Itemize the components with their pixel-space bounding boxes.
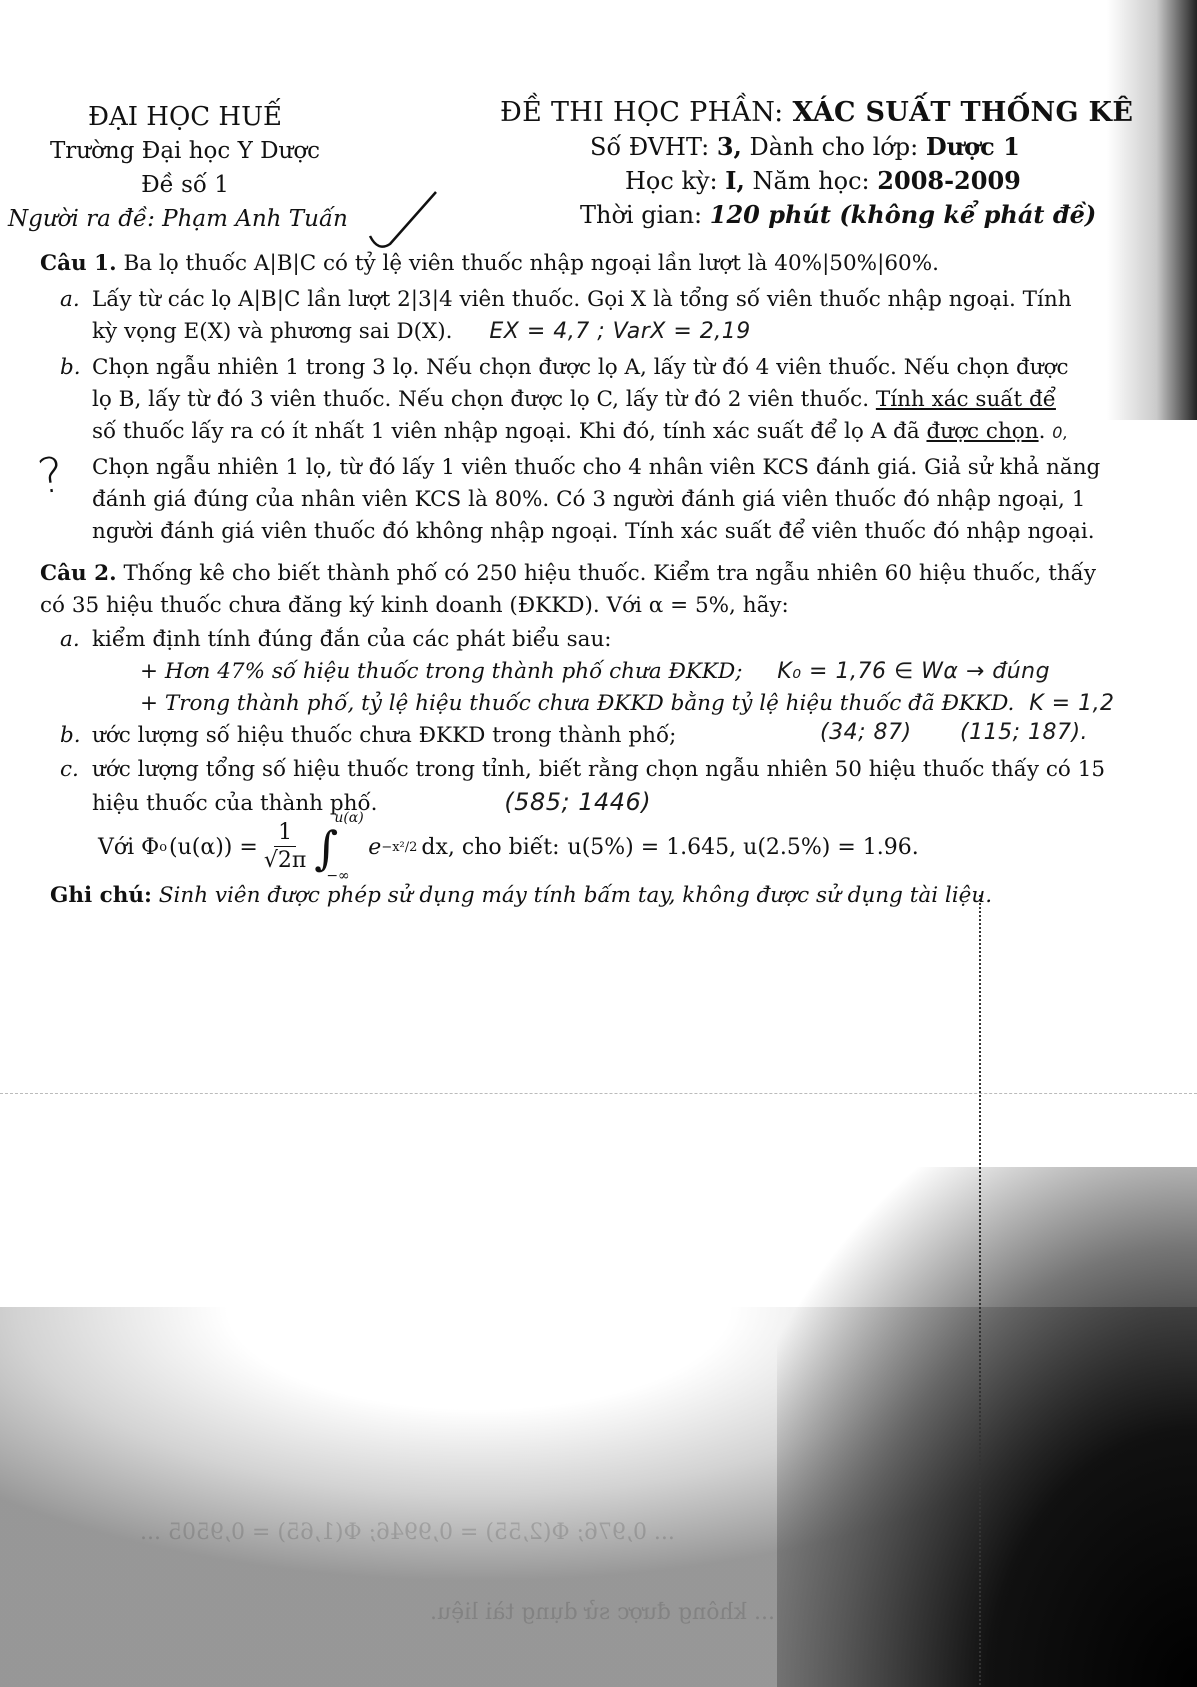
underlined-text: Tính xác suất để — [876, 387, 1056, 412]
handwritten-mark: 0, — [1052, 423, 1068, 442]
question-1c-line3: người đánh giá viên thuốc đó không nhập … — [92, 516, 1095, 548]
question-2-stem-line2: có 35 hiệu thuốc chưa đăng ký kinh doanh… — [40, 590, 789, 622]
school-name: Trường Đại học Y Dược — [20, 134, 350, 168]
question-1b-line2: lọ B, lấy từ đó 3 viên thuốc. Nếu chọn đ… — [92, 384, 1056, 416]
question-2a-statement-1: + Hơn 47% số hiệu thuốc trong thành phố … — [140, 656, 1050, 688]
handwritten-answer: EX = 4,7 ; VarX = 2,19 — [489, 319, 750, 344]
question-2a: a.kiểm định tính đúng đắn của các phát b… — [60, 624, 612, 656]
exam-duration: 120 phút (không kể phát đề) — [710, 200, 1096, 229]
handwritten-question-mark: ? — [34, 446, 67, 505]
header-left: ĐẠI HỌC HUẾ Trường Đại học Y Dược Đề số … — [20, 100, 350, 236]
handwritten-answer: (115; 187). — [960, 720, 1088, 745]
question-1c: Chọn ngẫu nhiên 1 lọ, từ đó lấy 1 viên t… — [92, 452, 1100, 484]
question-2-stem: Câu 2. Thống kê cho biết thành phố có 25… — [40, 558, 1096, 590]
exam-author: Người ra đề: Phạm Anh Tuấn — [8, 202, 350, 236]
question-1b-line3: số thuốc lấy ra có ít nhất 1 viên nhập n… — [92, 416, 1069, 449]
question-1-stem: Câu 1. Ba lọ thuốc A|B|C có tỷ lệ viên t… — [40, 248, 939, 280]
exam-note: Ghi chú: Sinh viên được phép sử dụng máy… — [50, 880, 992, 912]
credits-class-line: Số ĐVHT: 3, Dành cho lớp: Dược 1 — [500, 130, 1133, 164]
fraction: 1 √2π — [264, 820, 306, 875]
header-right: ĐỀ THI HỌC PHẦN: XÁC SUẤT THỐNG KÊ Số ĐV… — [500, 96, 1133, 232]
author-name: Phạm Anh Tuấn — [162, 206, 348, 232]
normal-distribution-formula: Với Φo (u(α)) = 1 √2π ∫ u(α) −∞ e−x²/2 d… — [98, 820, 919, 875]
fold-line-horizontal — [0, 1093, 1197, 1094]
author-label: Người ra đề: — [8, 206, 155, 232]
handwritten-answer: K₀ = 1,76 ∈ Wα → đúng — [777, 659, 1050, 684]
fold-line-vertical — [979, 895, 981, 1685]
question-1c-line2: đánh giá đúng của nhân viên KCS là 80%. … — [92, 484, 1085, 516]
signature-checkmark-icon — [368, 186, 438, 256]
scan-shadow-corner — [777, 1167, 1197, 1687]
integral-sign: ∫ u(α) −∞ — [314, 825, 338, 871]
given-quantiles: u(5%) = 1.645, u(2.5%) = 1.96. — [568, 835, 919, 860]
question-2c-line2: hiệu thuốc của thành phố. (585; 1446) — [92, 786, 651, 820]
handwritten-answer: K = 1,2 — [1029, 691, 1114, 716]
underlined-text: được chọn — [926, 419, 1038, 444]
time-line: Thời gian: 120 phút (không kể phát đề) — [500, 198, 1133, 232]
school-year: 2008-2009 — [877, 166, 1021, 195]
question-1a: a.Lấy từ các lọ A|B|C lần lượt 2|3|4 viê… — [60, 284, 1072, 316]
exam-title: ĐỀ THI HỌC PHẦN: XÁC SUẤT THỐNG KÊ — [500, 96, 1133, 130]
question-1b: b.Chọn ngẫu nhiên 1 trong 3 lọ. Nếu chọn… — [60, 352, 1069, 384]
question-label: Câu 1. — [40, 251, 117, 276]
question-2c: c.ước lượng tổng số hiệu thuốc trong tỉn… — [60, 754, 1105, 786]
bleed-through-text: ... 0,976; Φ(2,55) = 0,9946; Φ(1,65) = 0… — [140, 1520, 675, 1545]
question-label: Câu 2. — [40, 561, 117, 586]
exam-page: ... 0,976; Φ(2,55) = 0,9946; Φ(1,65) = 0… — [0, 0, 1197, 1687]
class-value: Dược 1 — [926, 132, 1020, 161]
question-2b: b.ước lượng số hiệu thuốc chưa ĐKKD tron… — [60, 720, 676, 752]
question-1a-line2: kỳ vọng E(X) và phương sai D(X). EX = 4,… — [92, 316, 751, 348]
handwritten-answer: (585; 1446) — [504, 788, 651, 816]
exam-code: Đề số 1 — [20, 168, 350, 202]
university-name: ĐẠI HỌC HUẾ — [20, 100, 350, 134]
subject-name: XÁC SUẤT THỐNG KÊ — [792, 97, 1133, 128]
semester-line: Học kỳ: I, Năm học: 2008-2009 — [500, 164, 1133, 198]
bleed-through-text: ... không được sử dụng tài liệu. — [430, 1600, 775, 1625]
handwritten-answer: (34; 87) — [820, 720, 912, 745]
question-2a-statement-2: + Trong thành phố, tỷ lệ hiệu thuốc chưa… — [140, 688, 1115, 720]
